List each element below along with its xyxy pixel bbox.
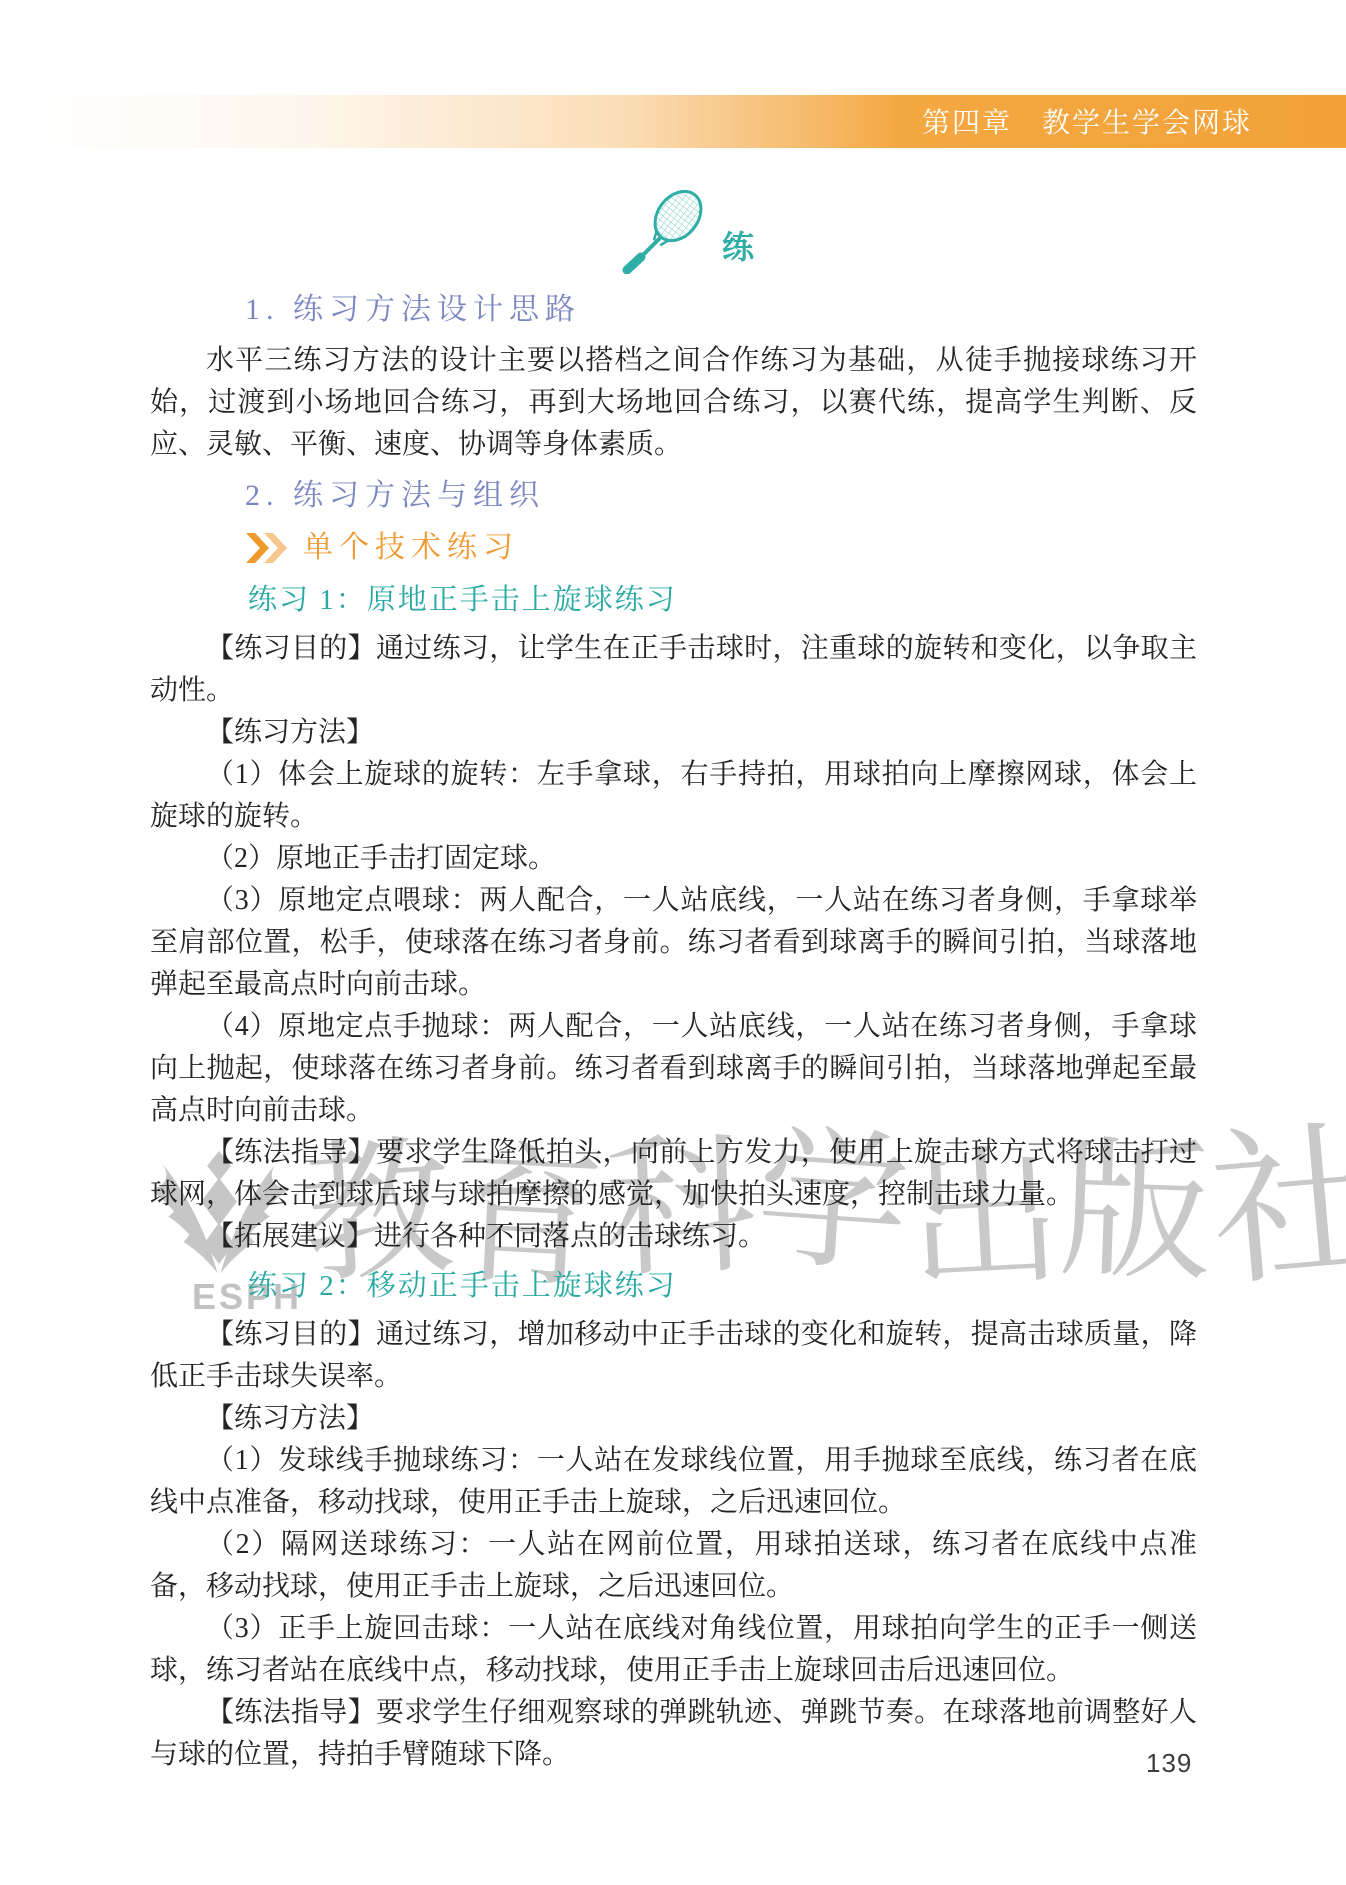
exercise-2-paragraph: （2）隔网送球练习：一人站在网前位置，用球拍送球，练习者在底线中点准备，移动找球… <box>150 1524 1197 1608</box>
paragraph-design-overview: 水平三练习方法的设计主要以搭档之间合作练习为基础，从徒手抛接球练习开始，过渡到小… <box>150 340 1197 466</box>
exercise-1-title: 练习 1：原地正手击上旋球练习 <box>248 578 1197 622</box>
exercise-1-paragraph: 【练法指导】要求学生降低拍头，向前上方发力，使用上旋击球方式将球击打过球网，体会… <box>150 1132 1197 1216</box>
exercise-1-paragraph: （3）原地定点喂球：两人配合，一人站底线，一人站在练习者身侧，手拿球举至肩部位置… <box>150 880 1197 1006</box>
tennis-racket-icon <box>616 190 716 274</box>
exercise-2-paragraph: （1）发球线手抛球练习：一人站在发球线位置，用手抛球至底线，练习者在底线中点准备… <box>150 1440 1197 1524</box>
practice-badge-label: 练 <box>722 222 754 268</box>
exercise-1-paragraph: 【练习方法】 <box>150 712 1197 754</box>
textbook-page: 第四章 教学生学会网球 ESPH 教 <box>0 0 1346 1885</box>
exercise-1-paragraph: 【拓展建议】进行各种不同落点的击球练习。 <box>150 1216 1197 1258</box>
exercise-1-paragraph: （1）体会上旋球的旋转：左手拿球，右手持拍，用球拍向上摩擦网球，体会上旋球的旋转… <box>150 754 1197 838</box>
exercise-2-paragraph: （3）正手上旋回击球：一人站在底线对角线位置，用球拍向学生的正手一侧送球，练习者… <box>150 1608 1197 1692</box>
exercise-1-paragraph: （2）原地正手击打固定球。 <box>150 838 1197 880</box>
exercise-2-title: 练习 2：移动正手击上旋球练习 <box>248 1264 1197 1308</box>
exercise-1-paragraph: （4）原地定点手抛球：两人配合，一人站底线，一人站在练习者身侧，手拿球向上抛起，… <box>150 1006 1197 1132</box>
exercise-2-paragraph: 【练习方法】 <box>150 1398 1197 1440</box>
chapter-header-bar: 第四章 教学生学会网球 <box>22 95 1346 148</box>
exercise-2-paragraph: 【练法指导】要求学生仔细观察球的弹跳轨迹、弹跳节奏。在球落地前调整好人与球的位置… <box>150 1692 1197 1776</box>
heading-practice-design: 1. 练习方法设计思路 <box>245 288 1197 332</box>
exercise-1-paragraph: 【练习目的】通过练习，让学生在正手击球时，注重球的旋转和变化，以争取主动性。 <box>150 628 1197 712</box>
heading-practice-methods: 2. 练习方法与组织 <box>245 474 1197 518</box>
page-content: 1. 练习方法设计思路 水平三练习方法的设计主要以搭档之间合作练习为基础，从徒手… <box>150 280 1197 1776</box>
subsection-single-skill: 单个技术练习 <box>245 526 1197 570</box>
exercise-2-paragraph: 【练习目的】通过练习，增加移动中正手击球的变化和旋转，提高击球质量，降低正手击球… <box>150 1314 1197 1398</box>
practice-section-badge: 练 <box>616 190 754 274</box>
subsection-label: 单个技术练习 <box>303 526 519 570</box>
chapter-title: 第四章 教学生学会网球 <box>922 95 1252 148</box>
watermark-char: 社 <box>1205 1123 1346 1289</box>
double-chevron-icon <box>245 532 289 564</box>
